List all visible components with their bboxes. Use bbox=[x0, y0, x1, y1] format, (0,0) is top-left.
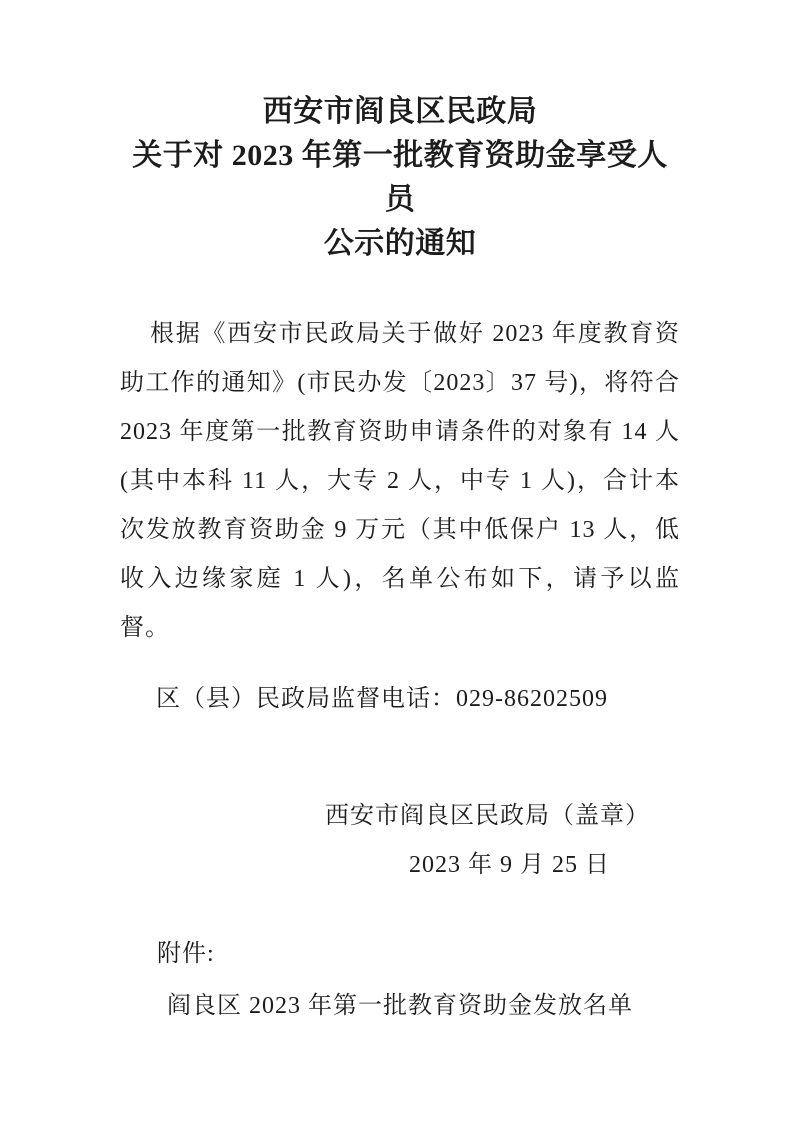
document-title: 西安市阎良区民政局 关于对 2023 年第一批教育资助金享受人员 公示的通知 bbox=[120, 90, 680, 266]
supervision-phone-line: 区（县）民政局监督电话：029-86202509 bbox=[120, 675, 680, 724]
title-line-2: 关于对 2023 年第一批教育资助金享受人员 bbox=[120, 134, 680, 222]
issuer-seal-line: 西安市阎良区民政局（盖章） bbox=[120, 792, 680, 841]
date-line: 2023 年 9 月 25 日 bbox=[120, 841, 680, 890]
signature-block: 西安市阎良区民政局（盖章） 2023 年 9 月 25 日 bbox=[120, 792, 680, 890]
attachment-title: 阎良区 2023 年第一批教育资助金发放名单 bbox=[120, 982, 680, 1031]
body-paragraph: 根据《西安市民政局关于做好 2023 年度教育资助工作的通知》(市民办发〔202… bbox=[120, 310, 680, 653]
title-line-3: 公示的通知 bbox=[120, 222, 680, 266]
document-page: 西安市阎良区民政局 关于对 2023 年第一批教育资助金享受人员 公示的通知 根… bbox=[0, 0, 800, 1131]
title-line-1: 西安市阎良区民政局 bbox=[120, 90, 680, 134]
attachment-label: 附件: bbox=[120, 930, 680, 979]
